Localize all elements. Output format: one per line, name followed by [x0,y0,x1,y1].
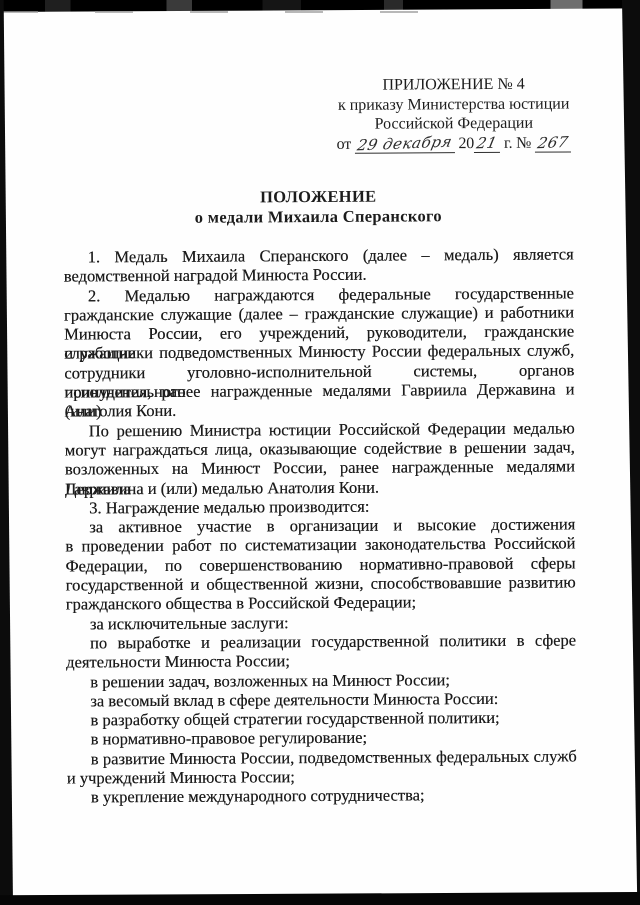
handwritten-number: 267 [536,134,569,149]
appendix-header: ПРИЛОЖЕНИЕ № 4 к приказу Министерства юс… [334,74,572,153]
title-line-2: о медали Михаила Сперанского [63,205,573,228]
document-body: 1. Медаль Михаила Сперанского (далее – м… [64,244,577,807]
year-printed: 20 [458,135,474,152]
order-date-line: от 29 декабря 2021 г. № 267 [335,133,573,154]
document-line: государственной и общественной жизни, сп… [66,572,576,594]
document-line: возложенных на Минюст России, ранее нагр… [65,457,575,479]
scanned-document-page: ПРИЛОЖЕНИЕ № 4 к приказу Министерства юс… [0,0,640,905]
document-line: в укрепление международного сотрудничест… [67,785,577,807]
date-prefix: от [337,135,351,152]
document-line: исполнения, ранее награжденные медалями … [64,380,574,402]
document-line: по выработке и реализации государственно… [66,630,576,652]
document-content: ПРИЛОЖЕНИЕ № 4 к приказу Министерства юс… [0,0,640,808]
document-line: в развитие Минюста России, подведомствен… [67,746,577,768]
handwritten-date: 29 декабря [356,134,453,152]
document-line: 1. Медаль Михаила Сперанского (далее – м… [64,244,574,266]
appendix-number-line: ПРИЛОЖЕНИЕ № 4 [334,74,572,95]
appendix-federation-line: Российской Федерации [335,113,573,134]
handwritten-year-underline: 21 [474,135,500,152]
handwritten-number-underline: 267 [535,135,571,152]
handwritten-date-underline: 29 декабря [355,136,455,154]
year-suffix: г. № [504,134,531,151]
scan-bottom-edge [0,892,640,905]
document-title: ПОЛОЖЕНИЕ о медали Михаила Сперанского [63,185,573,227]
appendix-order-line: к приказу Министерства юстиции [335,94,573,115]
handwritten-year: 21 [476,135,499,150]
